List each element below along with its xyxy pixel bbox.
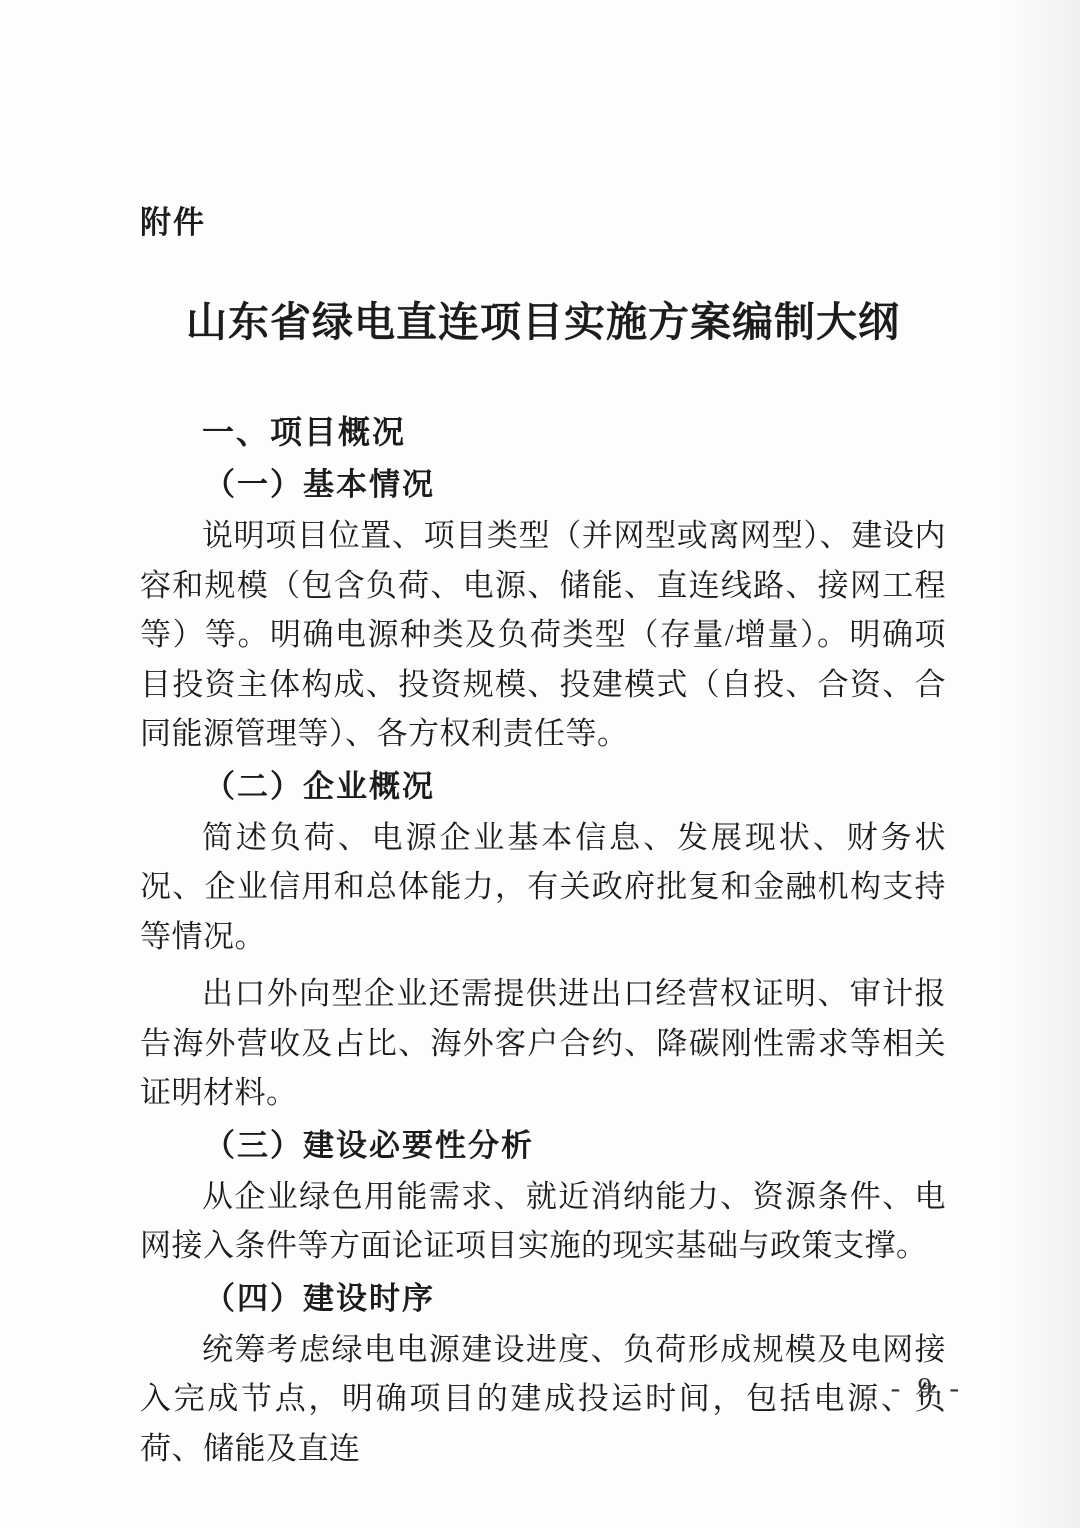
paragraph-export-enterprises: 出口外向型企业还需提供进出口经营权证明、审计报告海外营收及占比、海外客户合约、降… <box>140 969 946 1118</box>
document-title: 山东省绿电直连项目实施方案编制大纲 <box>140 297 946 347</box>
subsection-heading-necessity-analysis: （三）建设必要性分析 <box>140 1120 946 1172</box>
paragraph-company-overview: 简述负荷、电源企业基本信息、发展现状、财务状况、企业信用和总体能力，有关政府批复… <box>140 813 946 962</box>
paragraph-necessity-analysis: 从企业绿色用能需求、就近消纳能力、资源条件、电网接入条件等方面论证项目实施的现实… <box>140 1172 946 1271</box>
subsection-heading-construction-timeline: （四）建设时序 <box>140 1273 946 1325</box>
subsection-heading-company-overview: （二）企业概况 <box>140 761 946 813</box>
document-page: 附件 山东省绿电直连项目实施方案编制大纲 一、项目概况 （一）基本情况 说明项目… <box>0 0 1080 1528</box>
paragraph-basic-info: 说明项目位置、项目类型（并网型或离网型）、建设内容和规模（包含负荷、电源、储能、… <box>140 511 946 759</box>
subsection-heading-basic-info: （一）基本情况 <box>140 459 946 511</box>
section-heading-project-overview: 一、项目概况 <box>140 407 946 457</box>
page-number: - 9 - <box>891 1372 964 1405</box>
attachment-label: 附件 <box>140 205 946 241</box>
paragraph-construction-timeline: 统筹考虑绿电电源建设进度、负荷形成规模及电网接入完成节点，明确项目的建成投运时间… <box>140 1325 946 1474</box>
